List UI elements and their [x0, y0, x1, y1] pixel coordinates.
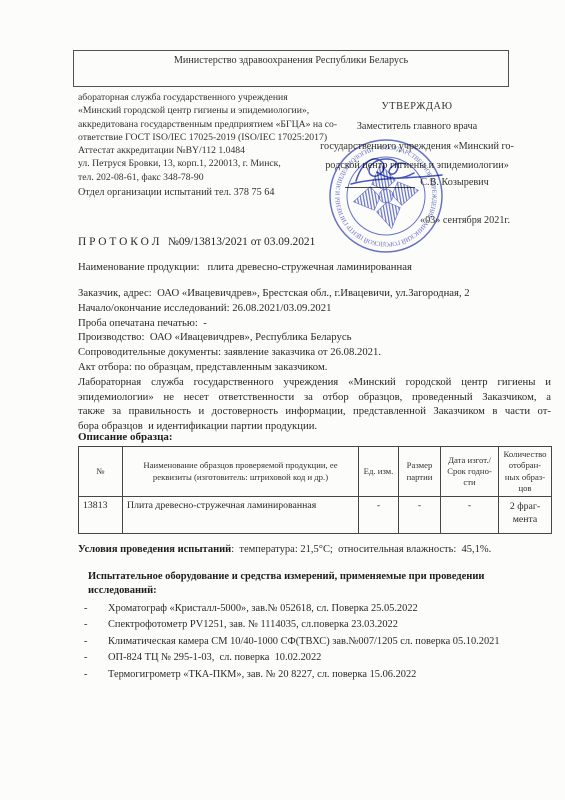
- detail-line: Проба опечатана печатью: -: [78, 316, 551, 331]
- detail-line: Акт отбора: по образцам, представленным …: [78, 360, 551, 375]
- list-dash-marker: -: [82, 617, 108, 633]
- product-name-line: Наименование продукции: плита древесно-с…: [78, 261, 412, 273]
- equipment-item: - Хроматограф «Кристалл-5000», зав.№ 052…: [82, 601, 552, 617]
- sample-date-cell: -: [441, 497, 499, 534]
- detail-line: Сопроводительные документы: заявление за…: [78, 345, 551, 360]
- equipment-item: - Климатическая камера СМ 10/40-1000 СФ(…: [82, 634, 552, 650]
- detail-line: Производство: ОАО «Ивацевичдрев», Респуб…: [78, 330, 551, 345]
- col-header-unit: Ед. изм.: [359, 447, 399, 497]
- disclaimer-line: эпидемиологии» не несет ответственности …: [78, 390, 551, 405]
- sample-name-cell: Плита древесно-стружечная ламинированная: [123, 497, 359, 534]
- list-dash-marker: -: [82, 650, 108, 666]
- protocol-title: П Р О Т О К О Л №09/13813/2021 от 03.09.…: [78, 236, 315, 248]
- ministry-header-box: Министерство здравоохранения Республики …: [73, 50, 509, 87]
- sample-number-cell: 13813: [79, 497, 123, 534]
- disclaimer-line: Лабораторная служба государственного учр…: [78, 375, 551, 390]
- testing-department-line: Отдел организации испытаний тел. 378 75 …: [78, 187, 274, 198]
- test-conditions-line: Условия проведения испытаний: температур…: [78, 544, 491, 555]
- sample-description-heading: Описание образца:: [78, 431, 173, 443]
- col-header-date: Дата изгот./ Срок годно- сти: [441, 447, 499, 497]
- sample-table: № Наименование образцов проверяемой прод…: [78, 446, 552, 534]
- equipment-item-text: Климатическая камера СМ 10/40-1000 СФ(ТВ…: [108, 634, 552, 650]
- sample-table-header-row: № Наименование образцов проверяемой прод…: [79, 447, 552, 497]
- col-header-number: №: [79, 447, 123, 497]
- equipment-heading-line: Испытательное оборудование и средства из…: [88, 570, 546, 584]
- equipment-item: - ОП-824 ТЦ № 295-1-03, сл. поверка 10.0…: [82, 650, 552, 666]
- equipment-item: - Термогигрометр «ТКА-ПКМ», зав. № 20 82…: [82, 667, 552, 683]
- protocol-details: Заказчик, адрес: ОАО «Ивацевичдрев», Бре…: [78, 286, 551, 434]
- sample-quantity-cell: 2 фраг- мента: [499, 497, 552, 534]
- approve-label: УТВЕРЖДАЮ: [316, 101, 518, 112]
- sample-unit-cell: -: [359, 497, 399, 534]
- sample-batch-cell: -: [399, 497, 441, 534]
- equipment-heading: Испытательное оборудование и средства из…: [88, 570, 546, 599]
- disclaimer-line: также за правильность и достоверность ин…: [78, 404, 551, 419]
- equipment-item-text: Хроматограф «Кристалл-5000», зав.№ 05261…: [108, 601, 552, 617]
- sample-table-row: 13813 Плита древесно-стружечная ламиниро…: [79, 497, 552, 534]
- list-dash-marker: -: [82, 634, 108, 650]
- list-dash-marker: -: [82, 601, 108, 617]
- scanned-protocol-document: Министерство здравоохранения Республики …: [0, 0, 565, 800]
- conditions-label: Условия проведения испытаний: [78, 544, 231, 555]
- equipment-item-text: ОП-824 ТЦ № 295-1-03, сл. поверка 10.02.…: [108, 650, 552, 666]
- conditions-value: : температура: 21,5°С; относительная вла…: [231, 544, 491, 555]
- equipment-item-text: Спектрофотометр PV1251, зав. № 1114035, …: [108, 617, 552, 633]
- list-dash-marker: -: [82, 667, 108, 683]
- equipment-heading-line: исследований:: [88, 584, 546, 598]
- col-header-quantity: Количество отобран- ных образ- цов: [499, 447, 552, 497]
- equipment-list: - Хроматограф «Кристалл-5000», зав.№ 052…: [82, 601, 552, 683]
- equipment-item-text: Термогигрометр «ТКА-ПКМ», зав. № 20 8227…: [108, 667, 552, 683]
- detail-line: Заказчик, адрес: ОАО «Ивацевичдрев», Бре…: [78, 286, 551, 301]
- signature-scribble-icon: [346, 148, 450, 194]
- ministry-header: Министерство здравоохранения Республики …: [74, 55, 508, 66]
- equipment-item: - Спектрофотометр PV1251, зав. № 1114035…: [82, 617, 552, 633]
- col-header-batch-size: Размер партии: [399, 447, 441, 497]
- col-header-name: Наименование образцов проверяемой продук…: [123, 447, 359, 497]
- detail-line: Начало/окончание исследований: 26.08.202…: [78, 301, 551, 316]
